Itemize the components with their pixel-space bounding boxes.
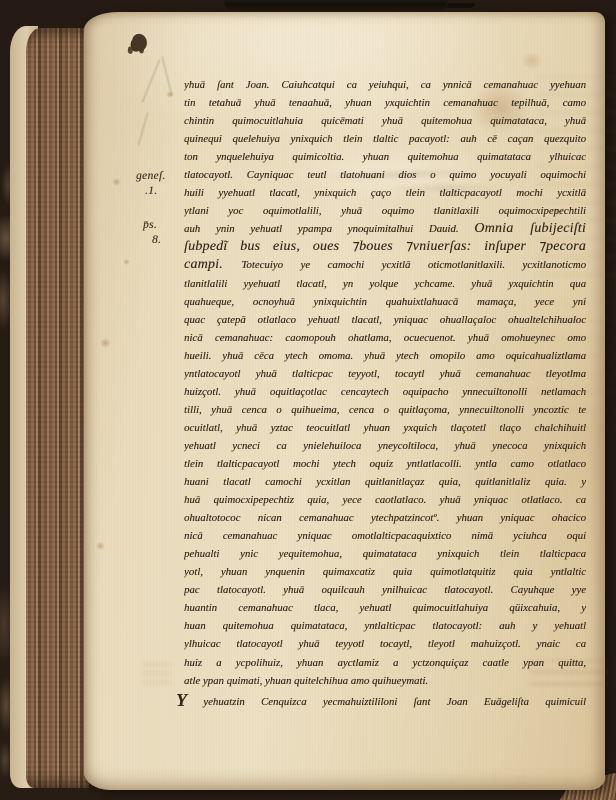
text-line-5: ton ynquelehuiya quimicoltia. yhuan quit… bbox=[184, 148, 586, 166]
nahuatl-text: huā quimocxipepechtiz quia, yece caotlat… bbox=[184, 494, 586, 506]
nahuatl-text: ylhuicac tlatocayotl yhuā teyyotl tocayt… bbox=[184, 638, 586, 650]
nahuatl-text: tin tetahuā yhuā tenaahuā, yhuan yxquich… bbox=[184, 97, 586, 109]
latin-quote: campi. bbox=[184, 257, 241, 272]
latin-quote: ſubpedĩ bus eius, oues ⁊boues ⁊vniuerſas… bbox=[184, 239, 586, 254]
nahuatl-text: pehualti ynic yequitemohua, quimatataca … bbox=[184, 548, 586, 560]
nahuatl-text: ytlani yoc oquimotlalili, yhuā oquimo tl… bbox=[184, 205, 586, 217]
nahuatl-text: yehuatl ycneci ca ynielehuiloca yneycolt… bbox=[184, 440, 586, 452]
pencil-mark bbox=[161, 56, 173, 95]
margin-note-psalm: p̄s. 8. bbox=[143, 218, 161, 248]
bleedthrough-text bbox=[142, 662, 172, 684]
text-line-7: huili yyehuatl tlacatl, ynixquich çaço t… bbox=[184, 184, 586, 202]
nahuatl-text: atle ypan quimati, yhuan quitelchihua am… bbox=[184, 675, 428, 687]
paragraph-initial: Y bbox=[176, 690, 187, 708]
text-line-26: nicā cemanahuac yniquac omotlalticpacaqu… bbox=[184, 527, 586, 545]
text-line-34: atle ypan quimati, yhuan quitelchihua am… bbox=[184, 672, 586, 690]
book-photograph: geneſ. .1. p̄s. 8. yhuā ſant Joan. Caiuh… bbox=[0, 0, 616, 800]
paper-stain bbox=[521, 52, 543, 70]
nahuatl-text: tilli, yhuā cenca o quihueima, cenca o q… bbox=[184, 404, 586, 416]
nahuatl-text: tlanitlalili yyehuatl tlacatl, yn yolque… bbox=[184, 278, 586, 290]
nahuatl-text: yehuatzin Cenquizca yecmahuiztililoni ſa… bbox=[187, 696, 586, 708]
nahuatl-text: huan quitemohua quimatataca, yntlalticpa… bbox=[184, 620, 586, 632]
text-line-33: huiz a ycpolihuiz, yhuan ayctlamiz a yct… bbox=[184, 654, 586, 672]
text-line-2: tin tetahuā yhuā tenaahuā, yhuan yxquich… bbox=[184, 94, 586, 112]
text-line-27: pehualti ynic yequitemohua, quimatataca … bbox=[184, 545, 586, 563]
text-line-8: ytlani yoc oquimotlalili, yhuā oquimo tl… bbox=[184, 202, 586, 220]
nahuatl-text: huizçotl. yhuā oquitlaçotlac cencaytech … bbox=[184, 386, 586, 398]
text-line-21: yehuatl ycneci ca ynielehuiloca yneycolt… bbox=[184, 437, 586, 455]
book-spine-top bbox=[224, 0, 448, 11]
nahuatl-text: huili yyehuatl tlacatl, ynixquich çaço t… bbox=[184, 187, 586, 199]
text-line-3: chintin quimocuitlahuia quicēmati yhuā q… bbox=[184, 112, 586, 130]
text-line-15: nicā cemanahuac: caomopouh ohatlama, ocu… bbox=[184, 329, 586, 347]
nahuatl-text: yhuā ſant Joan. Caiuhcatqui ca yeiuhqui,… bbox=[184, 79, 586, 91]
nahuatl-text: nicā cemanahuac yniquac omotlalticpacaqu… bbox=[184, 530, 586, 542]
text-line-35: Y yehuatzin Cenquizca yecmahuiztililoni … bbox=[176, 690, 586, 708]
text-line-13: quahueque, ocnoyhuā ynixquichtin quahuix… bbox=[184, 293, 586, 311]
text-line-24: huā quimocxipepechtiz quia, yece caotlat… bbox=[184, 491, 586, 509]
nahuatl-text: Totecuiyo ye camochi ycxitlā oticmotlani… bbox=[241, 259, 586, 271]
nahuatl-text: nicā cemanahuac: caomopouh ohatlama, ocu… bbox=[184, 332, 586, 344]
text-line-25: ohualtotococ nican cemanahuac ytechpatzi… bbox=[184, 509, 586, 527]
nahuatl-text: hueili. yhuā cēca ytech omoma. yhuā ytec… bbox=[184, 350, 586, 362]
ink-blot bbox=[131, 33, 148, 52]
text-line-29: pac tlatocayotl. yhuā oquilcauh ynilhuic… bbox=[184, 581, 586, 599]
manuscript-page: geneſ. .1. p̄s. 8. yhuā ſant Joan. Caiuh… bbox=[84, 12, 605, 790]
text-line-28: yotl, yhuan ynquenin quimaxcatiz quia qu… bbox=[184, 563, 586, 581]
text-line-16: hueili. yhuā cēca ytech omoma. yhuā ytec… bbox=[184, 347, 586, 365]
nahuatl-text: yntlatocayotl yhuā tlalticpac teyyotl, t… bbox=[184, 368, 586, 380]
paper-freckle bbox=[96, 542, 105, 550]
pencil-mark bbox=[137, 112, 148, 145]
text-line-22: tlein tlalticpacayotl mochi ytech oquiz … bbox=[184, 455, 586, 473]
paper-freckle bbox=[112, 178, 121, 186]
nahuatl-text: pac tlatocayotl. yhuā oquilcauh ynilhuic… bbox=[184, 584, 586, 596]
text-line-11: campi. Totecuiyo ye camochi ycxitlā otic… bbox=[184, 256, 586, 274]
nahuatl-text: tlein tlalticpacayotl mochi ytech oquiz … bbox=[184, 458, 586, 470]
nahuatl-text: ohualtotococ nican cemanahuac ytechpatzi… bbox=[184, 512, 586, 524]
text-line-32: ylhuicac tlatocayotl yhuā teyyotl tocayt… bbox=[184, 635, 586, 653]
nahuatl-text: huani tlacatl camochi ycxitlan quitlanit… bbox=[184, 476, 586, 488]
nahuatl-text: yotl, yhuan ynquenin quimaxcatiz quia qu… bbox=[184, 566, 586, 578]
nahuatl-text: quinequi quelehuiya ynixquich tlein tlal… bbox=[184, 133, 586, 145]
text-line-18: huizçotl. yhuā oquitlaçotlac cencaytech … bbox=[184, 383, 586, 401]
nahuatl-text: tlatocayotl. Cayniquac teutl tlatohuani … bbox=[184, 169, 586, 181]
text-line-19: tilli, yhuā cenca o quihueima, cenca o q… bbox=[184, 401, 586, 419]
paper-freckle bbox=[100, 338, 111, 348]
nahuatl-text: quac çatepā otlatlaco yehuatl tlacatl, y… bbox=[184, 314, 586, 326]
nahuatl-text: huiz a ycpolihuiz, yhuan ayctlamiz a yct… bbox=[184, 657, 586, 669]
text-line-4: quinequi quelehuiya ynixquich tlein tlal… bbox=[184, 130, 586, 148]
text-line-20: ocuitlatl, yhuā yztac teocuitlatl yhuan … bbox=[184, 419, 586, 437]
nahuatl-text: chintin quimocuitlahuia quicēmati yhuā q… bbox=[184, 115, 586, 127]
nahuatl-text: auh ynin yehuatl ypampa ynoquimitalhui D… bbox=[184, 223, 474, 235]
margin-note-ref: 8. bbox=[143, 233, 161, 248]
manuscript-text-block: yhuā ſant Joan. Caiuhcatqui ca yeiuhqui,… bbox=[184, 76, 586, 708]
nahuatl-text: huantin cemanahuac tlaca, yehuatl quimoc… bbox=[184, 602, 586, 614]
text-line-31: huan quitemohua quimatataca, yntlalticpa… bbox=[184, 617, 586, 635]
page-fore-edges bbox=[26, 28, 89, 788]
nahuatl-text: ocuitlatl, yhuā yztac teocuitlatl yhuan … bbox=[184, 422, 586, 434]
text-line-30: huantin cemanahuac tlaca, yehuatl quimoc… bbox=[184, 599, 586, 617]
text-line-23: huani tlacatl camochi ycxitlan quitlanit… bbox=[184, 473, 586, 491]
nahuatl-text: ton ynquelehuiya quimicoltia. yhuan quit… bbox=[184, 151, 586, 163]
latin-quote: Omnia ſubijeciſti bbox=[474, 221, 586, 236]
text-line-10: ſubpedĩ bus eius, oues ⁊boues ⁊vniuerſas… bbox=[184, 238, 586, 256]
text-line-1: yhuā ſant Joan. Caiuhcatqui ca yeiuhqui,… bbox=[184, 76, 586, 94]
margin-note-label: geneſ. bbox=[136, 169, 166, 184]
text-line-14: quac çatepā otlatlaco yehuatl tlacatl, y… bbox=[184, 311, 586, 329]
margin-note-genesis: geneſ. .1. bbox=[136, 169, 166, 199]
text-line-12: tlanitlalili yyehuatl tlacatl, yn yolque… bbox=[184, 275, 586, 293]
text-line-17: yntlatocayotl yhuā tlalticpac teyyotl, t… bbox=[184, 365, 586, 383]
paper-freckle bbox=[123, 259, 130, 265]
margin-note-label: p̄s. bbox=[143, 218, 161, 233]
nahuatl-text: quahueque, ocnoyhuā ynixquichtin quahuix… bbox=[184, 296, 586, 308]
text-line-9: auh ynin yehuatl ypampa ynoquimitalhui D… bbox=[184, 220, 586, 238]
pencil-mark bbox=[141, 59, 160, 102]
margin-note-ref: .1. bbox=[136, 184, 166, 199]
text-line-6: tlatocayotl. Cayniquac teutl tlatohuani … bbox=[184, 166, 586, 184]
